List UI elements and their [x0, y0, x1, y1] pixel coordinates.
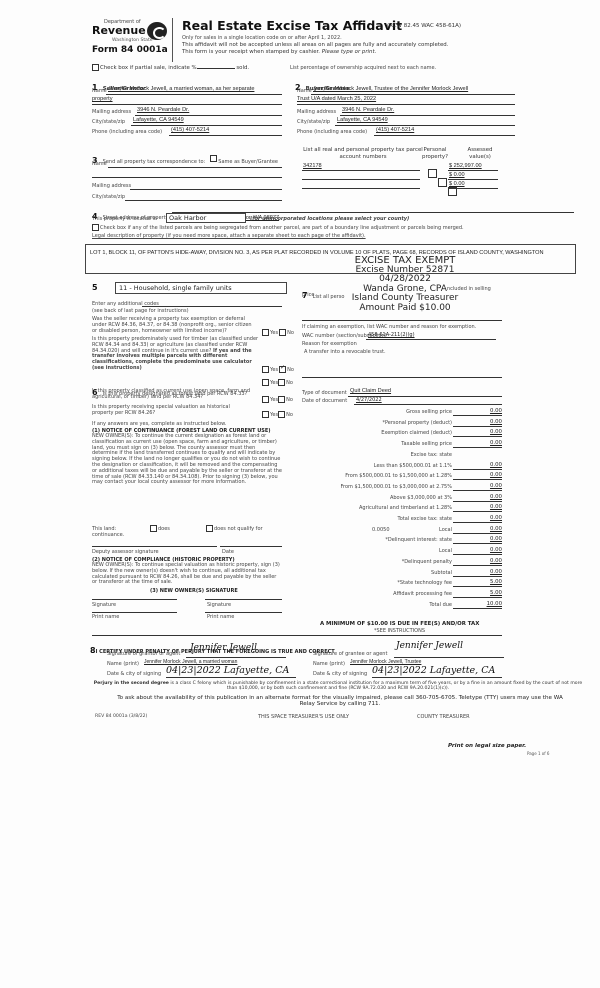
perjury-notice: Perjury in the second degree is a class …: [88, 681, 588, 691]
s6-q3-yes-checkbox[interactable]: [262, 411, 269, 418]
tax-row-value[interactable]: 10.00: [462, 601, 502, 607]
owner1-name-field[interactable]: [92, 612, 177, 613]
does-qualify-checkbox[interactable]: [150, 525, 157, 532]
tax-row-label: Above $3,000,000 at 3%: [390, 495, 452, 501]
tax-row-value[interactable]: 5.00: [462, 579, 502, 585]
see-back-note: (see back of last page for instructions): [92, 308, 189, 314]
personal-col-header: Personal property?: [420, 147, 450, 160]
s5-q1-answers: YesNo: [262, 329, 294, 336]
does-option: does: [150, 525, 170, 532]
segregated-row: Check box if any of the listed parcels a…: [92, 224, 464, 231]
rev-label: REV 84 0001a (3/8/22): [95, 714, 147, 719]
notice2-body: NEW OWNER(S): To continue special valuat…: [92, 563, 282, 586]
tax-row-label: Subtotal: [431, 570, 452, 576]
assessed-value[interactable]: $ 0.00: [449, 181, 465, 187]
located-hint: (for unincorporated locations please sel…: [250, 216, 409, 222]
tax-row-value[interactable]: 0.00: [462, 569, 502, 575]
tax-row-value[interactable]: 0.00: [462, 536, 502, 542]
grantee-date-city[interactable]: 04|23|2022 Lafayette, CA: [372, 665, 495, 676]
doc-type-label: Type of document: [302, 390, 347, 396]
excise-stamp: EXCISE TAX EXEMPT Excise Number 52871 04…: [330, 256, 480, 313]
parcel-table: 342178$ 252,997.00$ 0.00$ 0.00: [0, 0, 600, 19]
tax-row-value[interactable]: 0.00: [462, 515, 502, 521]
s5-q1-yes-checkbox[interactable]: [262, 329, 269, 336]
header-note-2: This affidavit will not be accepted unle…: [182, 42, 448, 48]
grantee-sig-label: Signature of grantee or agent: [313, 651, 387, 657]
s6-q2-answers: YesNo: [262, 396, 293, 403]
s6-question-3: Is this property receiving special valua…: [92, 405, 242, 417]
section-7-price: price.: [302, 292, 316, 298]
tax-row-label: *Personal property (deduct): [382, 420, 452, 426]
tax-row-label: *State technology fee: [397, 580, 452, 586]
s5-q2-no-checkbox[interactable]: [279, 366, 286, 373]
buyer-name-label: Name: [297, 88, 312, 94]
buyer-city-label: City/state/zip: [297, 119, 330, 125]
seller-phone[interactable]: (415) 407-5214: [171, 127, 209, 133]
s6-if-yes: If any answers are yes, complete as inst…: [92, 421, 226, 427]
tax-row-label: Local: [439, 527, 452, 533]
deputy-date-field[interactable]: [220, 546, 282, 547]
dept-name: Revenue: [92, 24, 146, 37]
tax-row-label: *Delinquent interest: state: [385, 537, 452, 543]
corr-city-field[interactable]: [125, 200, 282, 201]
seller-city[interactable]: Lafayette, CA 94549: [133, 117, 184, 123]
partial-sale-checkbox[interactable]: [92, 64, 99, 71]
s5-q2-answers: YesNo: [262, 366, 294, 373]
form-title: Real Estate Excise Tax Affidavit: [182, 18, 402, 33]
s6-q3-no-checkbox[interactable]: [278, 411, 285, 418]
does-not-option: does not qualify for: [206, 525, 263, 532]
corr-mailing-field[interactable]: [130, 189, 282, 190]
continuance-label: continuance.: [92, 532, 124, 538]
tax-row-label: From $1,500,000.01 to $3,000,000 at 2.75…: [341, 484, 452, 490]
s6-q1-no-checkbox[interactable]: [278, 379, 285, 386]
treasurer-use: THIS SPACE TREASURER'S USE ONLY: [258, 714, 349, 720]
additional-codes-field[interactable]: [142, 306, 282, 307]
parcel-col-header: List all real and personal property tax …: [303, 147, 423, 160]
buyer-city[interactable]: Lafayette, CA 94549: [337, 117, 388, 123]
owner2-sig-field[interactable]: [205, 599, 282, 600]
tax-row-label: Taxable selling price: [401, 441, 452, 447]
deputy-date-label: Date: [222, 549, 234, 555]
grantor-sig-label: Signature of grantor or agent: [107, 651, 180, 657]
seller-name-line2[interactable]: property: [92, 96, 113, 102]
buyer-mailing[interactable]: 3946 N. Peardale Dr.: [342, 107, 394, 113]
correspondence-heading: 3 Send all property tax correspondence t…: [92, 148, 278, 167]
tax-row-value[interactable]: 0.00: [462, 547, 502, 553]
section-7-included: ncluded in selling: [447, 286, 491, 292]
owner2-sig-label: Signature: [207, 602, 231, 608]
doc-date-label: Date of document: [302, 398, 347, 404]
header-note-1: Only for sales in a single location code…: [182, 35, 342, 41]
personal-property-checkbox[interactable]: [428, 169, 437, 178]
section-5-number: 5: [92, 283, 98, 292]
local-rate: 0.0050: [372, 527, 390, 533]
grantee-name-label: Name (print): [313, 661, 345, 667]
corr-mailing-label: Mailing address: [92, 183, 131, 189]
s6-q1-yes-checkbox[interactable]: [262, 379, 269, 386]
tax-row-label: Excise tax: state: [411, 452, 452, 458]
grantee-date-label: Date & city of signing: [313, 671, 367, 677]
assessed-value[interactable]: $ 0.00: [449, 172, 465, 178]
land-use-select[interactable]: 11 - Household, single family units: [115, 282, 287, 294]
same-as-buyer-checkbox[interactable]: [210, 155, 217, 162]
tax-row-value[interactable]: 0.00: [462, 472, 502, 478]
alt-format-notice: To ask about the availability of this pu…: [110, 695, 570, 707]
grantor-signature[interactable]: Jennifer Jewell: [190, 643, 257, 653]
affidavit-page: Department of Revenue Washington State F…: [0, 0, 600, 988]
grantor-date-city[interactable]: 04|23|2022 Lafayette, CA: [166, 665, 289, 676]
exemption-reason[interactable]: A transfer into a revocable trust.: [304, 349, 386, 355]
buyer-mailing-label: Mailing address: [297, 109, 336, 115]
grantee-signature[interactable]: Jennifer Jewell: [396, 641, 463, 651]
owner-sig-title: (3) NEW OWNER(S) SIGNATURE: [150, 588, 238, 594]
deputy-sig-field[interactable]: [92, 546, 217, 547]
doc-date[interactable]: 4/27/2022: [356, 397, 382, 403]
tax-row-label: Affidavit processing fee: [393, 591, 452, 597]
tax-row-value[interactable]: 5.00: [462, 590, 502, 596]
tax-row-value[interactable]: 0.00: [462, 429, 502, 435]
grantor-name-label: Name (print): [107, 661, 139, 667]
s6-question-2: Is this property classified as current u…: [92, 389, 257, 401]
s5-question-2: Is this property predominately used for …: [92, 337, 260, 372]
seller-name-line1[interactable]: Jennifer Morlock Jewell, a married woman…: [108, 86, 254, 92]
tax-row-label: Less than $500,000.01 at 1.1%: [374, 463, 452, 469]
s5-q1-no-checkbox[interactable]: [279, 329, 286, 336]
tax-row-label: Local: [439, 548, 452, 554]
corr-name-label: Name: [92, 161, 107, 167]
assessed-col-header: Assessed value(s): [460, 147, 500, 160]
s5-question-1: Was the seller receiving a property tax …: [92, 317, 257, 334]
dept-state: Washington State: [112, 38, 153, 43]
personal-property-checkbox[interactable]: [438, 178, 447, 187]
seller-city-label: City/state/zip: [92, 119, 125, 125]
tax-row-label: *Delinquent penalty: [402, 559, 452, 565]
tax-row-value[interactable]: 0.00: [462, 558, 502, 564]
s6-q2-yes-checkbox[interactable]: [262, 396, 269, 403]
tax-row-label: Total due: [429, 602, 452, 608]
tax-row-label: Total excise tax: state: [398, 516, 452, 522]
see-instructions: *SEE INSTRUCTIONS: [374, 628, 425, 634]
header-note-3: This form is your receipt when stamped b…: [182, 49, 376, 55]
seller-mailing[interactable]: 3946 N. Peardale Dr.: [137, 107, 189, 113]
buyer-name-line2[interactable]: Trust U/A dated March 25, 2022: [297, 96, 376, 102]
doc-type[interactable]: Quit Claim Deed: [350, 388, 391, 394]
exemption-note: If claiming an exemption, list WAC numbe…: [302, 324, 476, 330]
s5-q2-yes-checkbox[interactable]: [262, 366, 269, 373]
partial-sale-row: Check box if partial sale, indicate % so…: [92, 64, 249, 71]
tax-row-label: Agricultural and timberland at 1.28%: [359, 505, 452, 511]
buyer-name-line1[interactable]: Jennifer Morlock Jewell, Trustee of the …: [313, 86, 468, 92]
tax-row-value[interactable]: 0.00: [462, 504, 502, 510]
s6-q1-answers: YesNo: [262, 379, 293, 386]
parcel-number[interactable]: 342178: [303, 163, 322, 169]
form-number: Form 84 0001a: [92, 45, 168, 55]
page-number: Page 1 of 6: [527, 751, 549, 756]
tax-row-value[interactable]: 0.00: [462, 483, 502, 489]
owner1-print-label: Print name: [92, 614, 119, 620]
header-divider: [172, 18, 173, 62]
minimum-note: A MINIMUM OF $10.00 IS DUE IN FEE(S) AND…: [320, 621, 479, 627]
ownership-note: List percentage of ownership acquired ne…: [290, 65, 436, 71]
owner1-sig-field[interactable]: [92, 599, 177, 600]
deputy-sig-label: Deputy assessor signature: [92, 549, 159, 555]
tax-row-label: From $500,000.01 to $1,500,000 at 1.28%: [345, 473, 452, 479]
buyer-phone[interactable]: (415) 407-5214: [376, 127, 414, 133]
legal-label: Legal description of property (if you ne…: [92, 233, 366, 239]
does-not-qualify-checkbox[interactable]: [206, 525, 213, 532]
s6-q2-no-checkbox[interactable]: [278, 396, 285, 403]
tax-row-label: Gross selling price: [406, 409, 452, 415]
located-label: This property is located in: [92, 216, 157, 222]
tax-row-value[interactable]: 0.00: [462, 408, 502, 414]
tax-row-value[interactable]: 0.00: [462, 419, 502, 425]
owner2-print-label: Print name: [207, 614, 234, 620]
s6-q3-answers: YesNo: [262, 411, 293, 418]
tax-row-value[interactable]: 0.00: [462, 526, 502, 532]
corr-city-label: City/state/zip: [92, 194, 125, 200]
grantor-date-label: Date & city of signing: [107, 671, 161, 677]
form-citation: (RCW 82.45 WAC 458-61A): [387, 23, 461, 29]
reason-label: Reason for exemption: [302, 341, 357, 347]
buyer-phone-label: Phone (including area code): [297, 129, 367, 135]
owner1-sig-label: Signature: [92, 602, 116, 608]
notice1-body: NEW OWNER(S): To continue the current de…: [92, 434, 282, 486]
county-treasurer: COUNTY TREASURER: [417, 714, 470, 720]
corr-name-field[interactable]: [108, 167, 282, 168]
tax-row-label: Exemption claimed (deduct): [381, 430, 452, 436]
tax-row-value[interactable]: 0.00: [462, 462, 502, 468]
seller-mailing-label: Mailing address: [92, 109, 131, 115]
seller-name-label: Name: [92, 88, 107, 94]
tax-row-value[interactable]: 0.00: [462, 494, 502, 500]
owner2-name-field[interactable]: [205, 612, 282, 613]
tax-row-value[interactable]: 0.00: [462, 440, 502, 446]
wac-number[interactable]: 458-61A-211(2)(g): [368, 332, 415, 338]
print-legal-note: Print on legal size paper.: [448, 743, 526, 749]
assessed-value[interactable]: $ 252,997.00: [449, 163, 482, 169]
location-select[interactable]: Oak Harbor: [166, 213, 246, 223]
seller-phone-label: Phone (including area code): [92, 129, 162, 135]
segregated-checkbox[interactable]: [92, 224, 99, 231]
